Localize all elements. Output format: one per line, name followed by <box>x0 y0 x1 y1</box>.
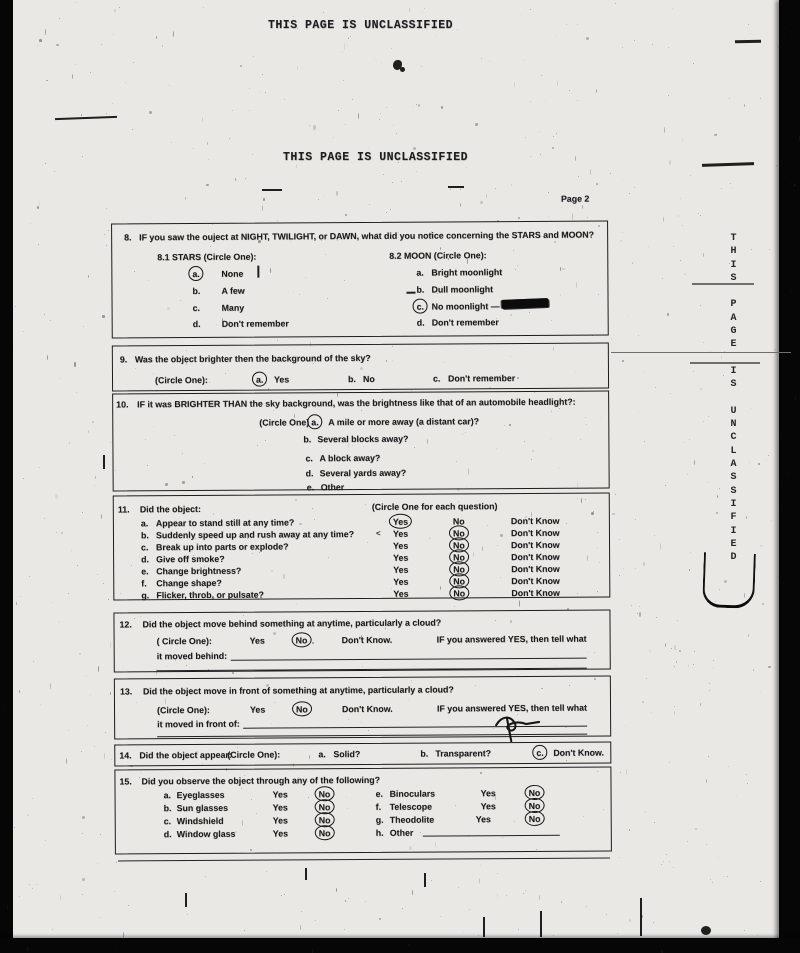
q11-row-b-label: Suddenly speed up and rush away at any t… <box>156 529 354 540</box>
q11-row-g-letter: g. <box>141 590 149 600</box>
q9-option-c-label: Don't remember <box>448 373 515 383</box>
stray-tick-mark <box>185 893 187 907</box>
scratch-mark <box>448 186 464 188</box>
q15-row-c-label: Windshield <box>177 816 224 826</box>
q13-circle-one-label: (Circle One): <box>157 705 210 715</box>
q15-row-e-yes: Yes <box>481 788 496 798</box>
q14-option-c-label: Don't Know. <box>553 748 604 758</box>
q11-row-a-label: Appear to stand still at any time? <box>156 517 294 528</box>
q11-row-f-letter: f. <box>141 578 146 588</box>
q9-option-a-label: Yes <box>274 374 289 384</box>
q14-option-b-letter: b. <box>420 749 428 759</box>
scratch-mark <box>262 189 282 191</box>
q15-number: 15. <box>119 776 131 786</box>
q15-row-g-label: Theodolite <box>390 815 435 825</box>
q15-row-e-letter: e. <box>376 789 383 799</box>
redaction-mark <box>501 298 548 309</box>
q15-row-d-letter: d. <box>164 829 172 839</box>
q10-question: IF it was BRIGHTER THAN the sky backgrou… <box>137 397 575 410</box>
q11-row-d-yes: Yes <box>393 553 408 563</box>
q14-option-a-letter: a. <box>318 749 325 759</box>
q15-row-d-yes: Yes <box>273 828 288 838</box>
stray-tick-mark <box>424 873 426 887</box>
q12-followup2: it moved behind: <box>157 651 227 661</box>
question-12-box: 12. Did the object move behind something… <box>113 609 610 672</box>
q11-row-c-dk: Don't Know <box>511 540 560 550</box>
q11-row-a-dk: Don't Know <box>511 516 560 526</box>
q11-row-d-letter: d. <box>141 554 149 564</box>
q8-moon-option-d-letter: d. <box>417 318 425 328</box>
scan-double-rule <box>118 857 610 861</box>
q10-circle-one-label: (Circle One) <box>259 417 309 427</box>
q15-question: Did you observe the object through any o… <box>141 775 380 786</box>
q12-number: 12. <box>119 619 131 629</box>
stray-dash-mark <box>406 292 415 294</box>
q11-row-c-letter: c. <box>141 542 148 552</box>
q10-option-e-label: Other <box>321 482 345 492</box>
q9-question: Was the object brighter then the backgro… <box>135 353 371 364</box>
q10-option-d-label: Several yards away? <box>320 468 407 479</box>
q15-row-a-label: Eyeglasses <box>177 790 225 800</box>
q11-row-f-yes: Yes <box>393 577 408 587</box>
q12-followup: IF you answered YES, then tell what <box>437 634 587 645</box>
question-14-box: 14. Did the object appear: (Circle One):… <box>114 741 611 766</box>
q11-row-c-label: Break up into parts or explode? <box>156 541 289 552</box>
q12-yes: Yes <box>250 636 265 646</box>
q15-row-g-yes: Yes <box>476 814 491 824</box>
q15-row-d-no: No <box>319 828 331 838</box>
q8-stars-option-b-label: A few <box>221 286 244 296</box>
q14-option-b-label: Transparent? <box>435 748 491 758</box>
stray-tick-mark <box>640 898 642 936</box>
q10-option-c-letter: c. <box>305 453 312 463</box>
faint-rule-mark <box>690 362 760 364</box>
q13-dk: Don't Know. <box>342 704 393 714</box>
q15-row-f-label: Telescope <box>390 802 432 812</box>
q11-row-e-dk: Don't Know <box>511 564 560 574</box>
q12-answer-line-2 <box>157 668 587 672</box>
q15-row-b-label: Sun glasses <box>177 803 228 813</box>
q15-row-e-no: No <box>529 788 541 798</box>
question-15-box: 15. Did you observe the object through a… <box>114 766 612 854</box>
page-number: Page 2 <box>561 194 589 204</box>
q8-number: 8. <box>124 232 131 242</box>
q15-row-c-letter: c. <box>164 816 171 826</box>
q11-row-e-label: Change brightness? <box>156 566 241 577</box>
q11-row-f-label: Change shape? <box>156 578 222 588</box>
q11-row-g-label: Flicker, throb, or pulsate? <box>156 590 264 601</box>
q11-question: Did the object: <box>140 504 201 514</box>
q15-row-f-no: No <box>529 801 541 811</box>
q15-row-d-label: Window glass <box>177 829 236 839</box>
q15-row-g-letter: g. <box>376 815 384 825</box>
q10-number: 10. <box>116 399 128 409</box>
q11-row-a-yes: Yes <box>393 517 408 527</box>
q9-number: 9. <box>120 354 127 364</box>
q8-stars-heading: 8.1 STARS (Circle One): <box>157 252 256 263</box>
stray-pen-mark: < <box>376 529 381 538</box>
q15-row-c-no: No <box>319 815 331 825</box>
q9-option-b-letter: b. <box>348 374 356 384</box>
q11-row-g-yes: Yes <box>393 589 408 599</box>
faint-rule-mark <box>611 352 791 353</box>
q8-moon-heading: 8.2 MOON (Circle One): <box>389 250 486 261</box>
q11-row-c-yes: Yes <box>393 541 408 551</box>
q10-option-a-letter: a. <box>311 417 318 427</box>
q12-circle-one-label: ( Circle One): <box>157 636 212 646</box>
q8-moon-option-c-letter: c. <box>417 302 424 312</box>
q8-question: IF you saw the ouject at NIGHT, TWILIGHT… <box>139 230 594 243</box>
q8-moon-option-b-letter: b. <box>416 285 424 295</box>
stray-tick-mark <box>540 911 542 937</box>
stray-tick-mark <box>483 917 485 937</box>
q15-row-g-no: No <box>529 814 541 824</box>
q11-row-e-letter: e. <box>141 566 148 576</box>
q12-answer-line-1 <box>231 658 587 661</box>
q13-number: 13. <box>120 686 132 696</box>
q8-moon-option-a-letter: a. <box>416 268 423 278</box>
q15-row-a-yes: Yes <box>273 789 288 799</box>
q12-dk: Don't Know. <box>342 635 393 645</box>
q14-option-c-letter: c. <box>536 748 543 758</box>
q15-row-a-letter: a. <box>164 790 171 800</box>
q14-circle-one-label: (Circle One): <box>227 749 280 759</box>
q14-number: 14. <box>119 750 131 760</box>
q8-stars-option-b-letter: b. <box>192 286 200 296</box>
q11-row-b-dk: Don't Know <box>511 528 560 538</box>
q11-circle-one-header: (Circle One for each question) <box>372 501 498 512</box>
q14-option-a-label: Solid? <box>333 749 360 759</box>
faint-rule-mark <box>692 283 754 285</box>
q11-row-g-no: No <box>453 588 465 598</box>
q11-row-e-yes: Yes <box>393 565 408 575</box>
q12-no: No <box>296 635 308 645</box>
q13-no: No <box>296 704 308 714</box>
q10-option-e-letter: e. <box>307 482 314 492</box>
q15-row-b-no: No <box>319 802 331 812</box>
stray-tick-mark <box>103 455 105 469</box>
q8-moon-option-b-label: Dull moonlight <box>431 284 493 294</box>
question-11-box: 11. Did the object: (Circle One for each… <box>113 492 611 600</box>
q11-row-f-dk: Don't Know <box>511 576 560 586</box>
q10-option-b-letter: b. <box>303 434 311 444</box>
q13-yes: Yes <box>250 705 265 715</box>
q15-row-b-yes: Yes <box>273 802 288 812</box>
q15-row-f-yes: Yes <box>481 801 496 811</box>
q15-row-e-label: Binoculars <box>390 789 436 799</box>
question-8-box: 8. IF you saw the ouject at NIGHT, TWILI… <box>111 220 609 338</box>
q8-stars-option-c-letter: c. <box>193 303 200 313</box>
q11-row-b-yes: Yes <box>393 529 408 539</box>
questionnaire-form: Page 2 8. IF you saw the ouject at NIGHT… <box>0 0 800 953</box>
q15-row-c-yes: Yes <box>273 815 288 825</box>
q9-circle-one-label: (Circle One): <box>155 375 208 385</box>
q15-row-h-label: Other <box>390 828 414 838</box>
q8-moon-option-a-label: Bright moonlight <box>431 267 502 277</box>
q8-stars-option-d-label: Don't remember <box>222 318 289 328</box>
q8-stars-option-a-letter: a. <box>192 269 199 279</box>
q10-option-d-letter: d. <box>306 468 314 478</box>
q8-stars-option-a-label: None <box>221 269 243 279</box>
q11-row-b-letter: b. <box>141 530 149 540</box>
q10-option-a-label: A mile or more away (a distant car)? <box>328 416 479 427</box>
q15-row-b-letter: b. <box>164 803 172 813</box>
handwritten-bracket-mark <box>702 552 756 609</box>
q14-question: Did the object appear: <box>139 750 231 761</box>
stray-tick-mark <box>257 266 259 278</box>
scratch-mark <box>735 40 761 43</box>
q15-row-a-no: No <box>319 789 331 799</box>
q10-option-c-label: A block away? <box>319 453 380 463</box>
q10-option-b-label: Several blocks away? <box>317 434 408 445</box>
q8-stars-option-c-label: Many <box>222 303 245 313</box>
ink-blot <box>400 67 405 72</box>
q13-question: Did the object move in front of somethin… <box>143 684 454 696</box>
q15-row-h-letter: h. <box>376 828 384 838</box>
ink-blot <box>701 926 711 935</box>
q9-option-c-letter: c. <box>433 374 440 384</box>
q11-number: 11. <box>118 504 130 514</box>
q11-row-d-dk: Don't Know <box>511 552 560 562</box>
q15-other-blank-line <box>423 835 560 837</box>
q11-row-g-dk: Don't Know <box>511 588 560 598</box>
q8-moon-option-d-label: Don't remember <box>432 317 499 327</box>
question-10-box: 10. IF it was BRIGHTER THAN the sky back… <box>112 390 610 491</box>
q13-followup2: it moved in front of: <box>157 719 240 730</box>
q12-question: Did the object move behind something at … <box>142 618 441 630</box>
q15-row-f-letter: f. <box>376 802 381 812</box>
q9-option-b-label: No <box>363 374 375 384</box>
scanned-document-page: THIS PAGE IS UNCLASSIFIED THIS PAGE IS U… <box>0 0 800 953</box>
question-9-box: 9. Was the object brighter then the back… <box>112 342 609 391</box>
stray-tick-mark <box>305 868 307 880</box>
q9-option-a-letter: a. <box>256 375 263 385</box>
q11-row-a-letter: a. <box>141 518 148 528</box>
q8-stars-option-d-letter: d. <box>193 319 201 329</box>
handwritten-squiggle-mark <box>493 705 543 745</box>
q11-row-d-label: Give off smoke? <box>156 554 225 564</box>
q8-moon-option-c-label: No moonlight — <box>432 301 500 311</box>
